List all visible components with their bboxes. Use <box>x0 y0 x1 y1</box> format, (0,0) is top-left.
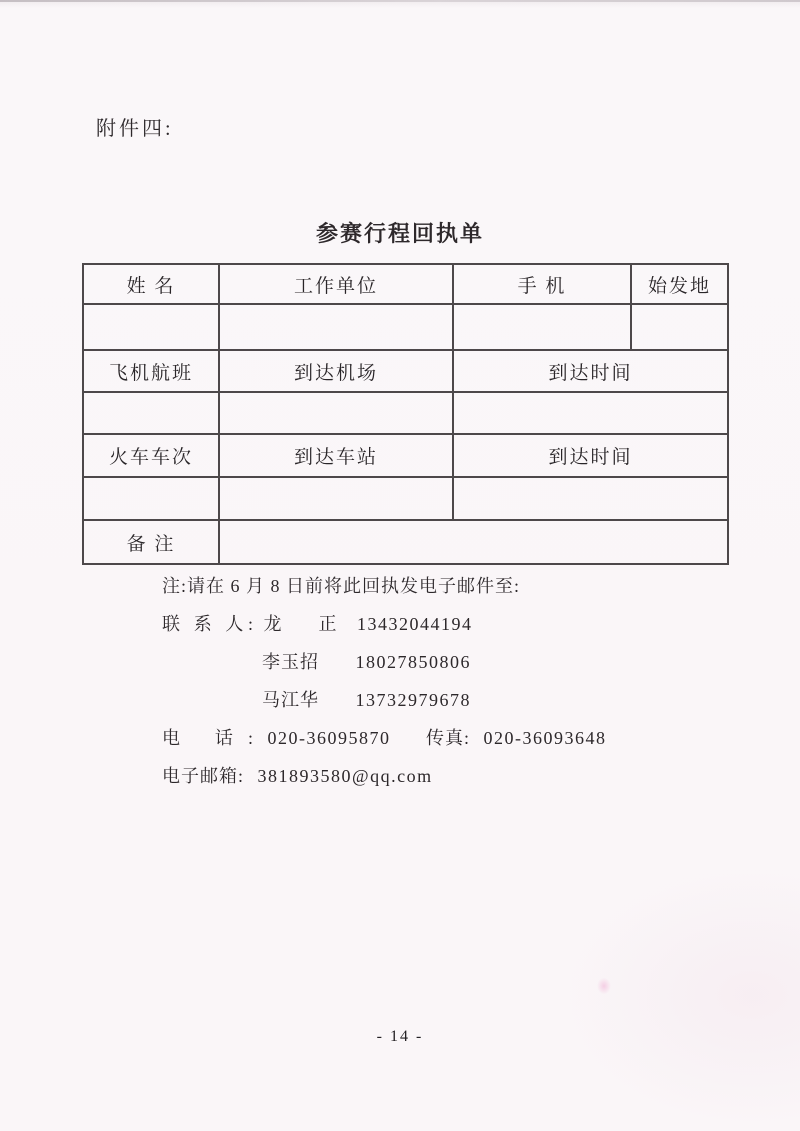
email-address: 381893580@qq.com <box>258 766 433 786</box>
fax-label: 传真: <box>426 728 470 748</box>
note-intro-text: 注:请在 6 月 8 日前将此回执发电子邮件至: <box>162 576 520 596</box>
table-row: 飞机航班到达机场到达时间 <box>83 350 728 392</box>
phone-fax-line: 电 话: 020-36095870 传真: 020-36093648 <box>162 728 607 749</box>
label-cell: 到达时间 <box>453 350 728 392</box>
blank-cell <box>453 392 728 434</box>
contact-phone-3: 13732979678 <box>356 690 472 710</box>
scan-edge-artifact <box>0 0 800 2</box>
email-label: 电子邮箱: <box>162 766 244 786</box>
blank-cell <box>453 304 631 350</box>
blank-cell <box>219 477 453 520</box>
label-cell: 到达机场 <box>219 350 453 392</box>
blank-cell <box>83 392 219 434</box>
blank-cell <box>453 477 728 520</box>
table-row <box>83 304 728 350</box>
label-cell: 备 注 <box>83 520 219 564</box>
note-intro: 注:请在 6 月 8 日前将此回执发电子邮件至: <box>162 576 607 597</box>
label-cell: 到达车站 <box>219 434 453 477</box>
blank-cell <box>83 304 219 350</box>
attachment-label: 附件四: <box>96 112 174 141</box>
header-cell: 始发地 <box>631 264 728 304</box>
page-number: - 14 - <box>0 1028 800 1046</box>
blank-cell <box>219 392 453 434</box>
document-page: 附件四: 参赛行程回执单 姓 名工作单位手 机始发地飞机航班到达机场到达时间火车… <box>0 0 800 1131</box>
blank-cell <box>219 304 453 350</box>
contact-phone-1: 13432044194 <box>357 614 473 634</box>
contact-phone-2: 18027850806 <box>356 652 472 672</box>
page-title: 参赛行程回执单 <box>0 217 800 248</box>
header-cell: 手 机 <box>453 264 631 304</box>
contact-label: 联 系 人: <box>162 614 254 635</box>
fax-number: 020-36093648 <box>484 728 607 748</box>
contact-name-2: 李玉招 <box>262 652 336 673</box>
contact-name-1: 龙 正 <box>264 614 338 635</box>
label-cell: 到达时间 <box>453 434 728 477</box>
contact-line-3: 马江华 13732979678 <box>258 690 607 711</box>
table-row: 火车车次到达车站到达时间 <box>83 434 728 477</box>
table-row: 备 注 <box>83 520 728 564</box>
blank-cell <box>83 477 219 520</box>
contact-line-2: 李玉招 18027850806 <box>258 652 607 673</box>
phone-label: 电 话: <box>162 728 254 749</box>
blank-cell <box>631 304 728 350</box>
table-row: 姓 名工作单位手 机始发地 <box>83 264 728 304</box>
header-cell: 工作单位 <box>219 264 453 304</box>
table-row <box>83 392 728 434</box>
itinerary-table: 姓 名工作单位手 机始发地飞机航班到达机场到达时间火车车次到达车站到达时间备 注 <box>82 263 729 565</box>
itinerary-table-body: 姓 名工作单位手 机始发地飞机航班到达机场到达时间火车车次到达车站到达时间备 注 <box>83 264 728 564</box>
blank-cell <box>219 520 728 564</box>
label-cell: 火车车次 <box>83 434 219 477</box>
phone-number: 020-36095870 <box>268 728 391 748</box>
contact-name-3: 马江华 <box>262 690 336 711</box>
table-row <box>83 477 728 520</box>
contact-line-1: 联 系 人: 龙 正 13432044194 <box>162 614 607 635</box>
email-line: 电子邮箱: 381893580@qq.com <box>162 766 607 787</box>
notes-block: 注:请在 6 月 8 日前将此回执发电子邮件至: 联 系 人: 龙 正 1343… <box>162 576 607 804</box>
label-cell: 飞机航班 <box>83 350 219 392</box>
header-cell: 姓 名 <box>83 264 219 304</box>
